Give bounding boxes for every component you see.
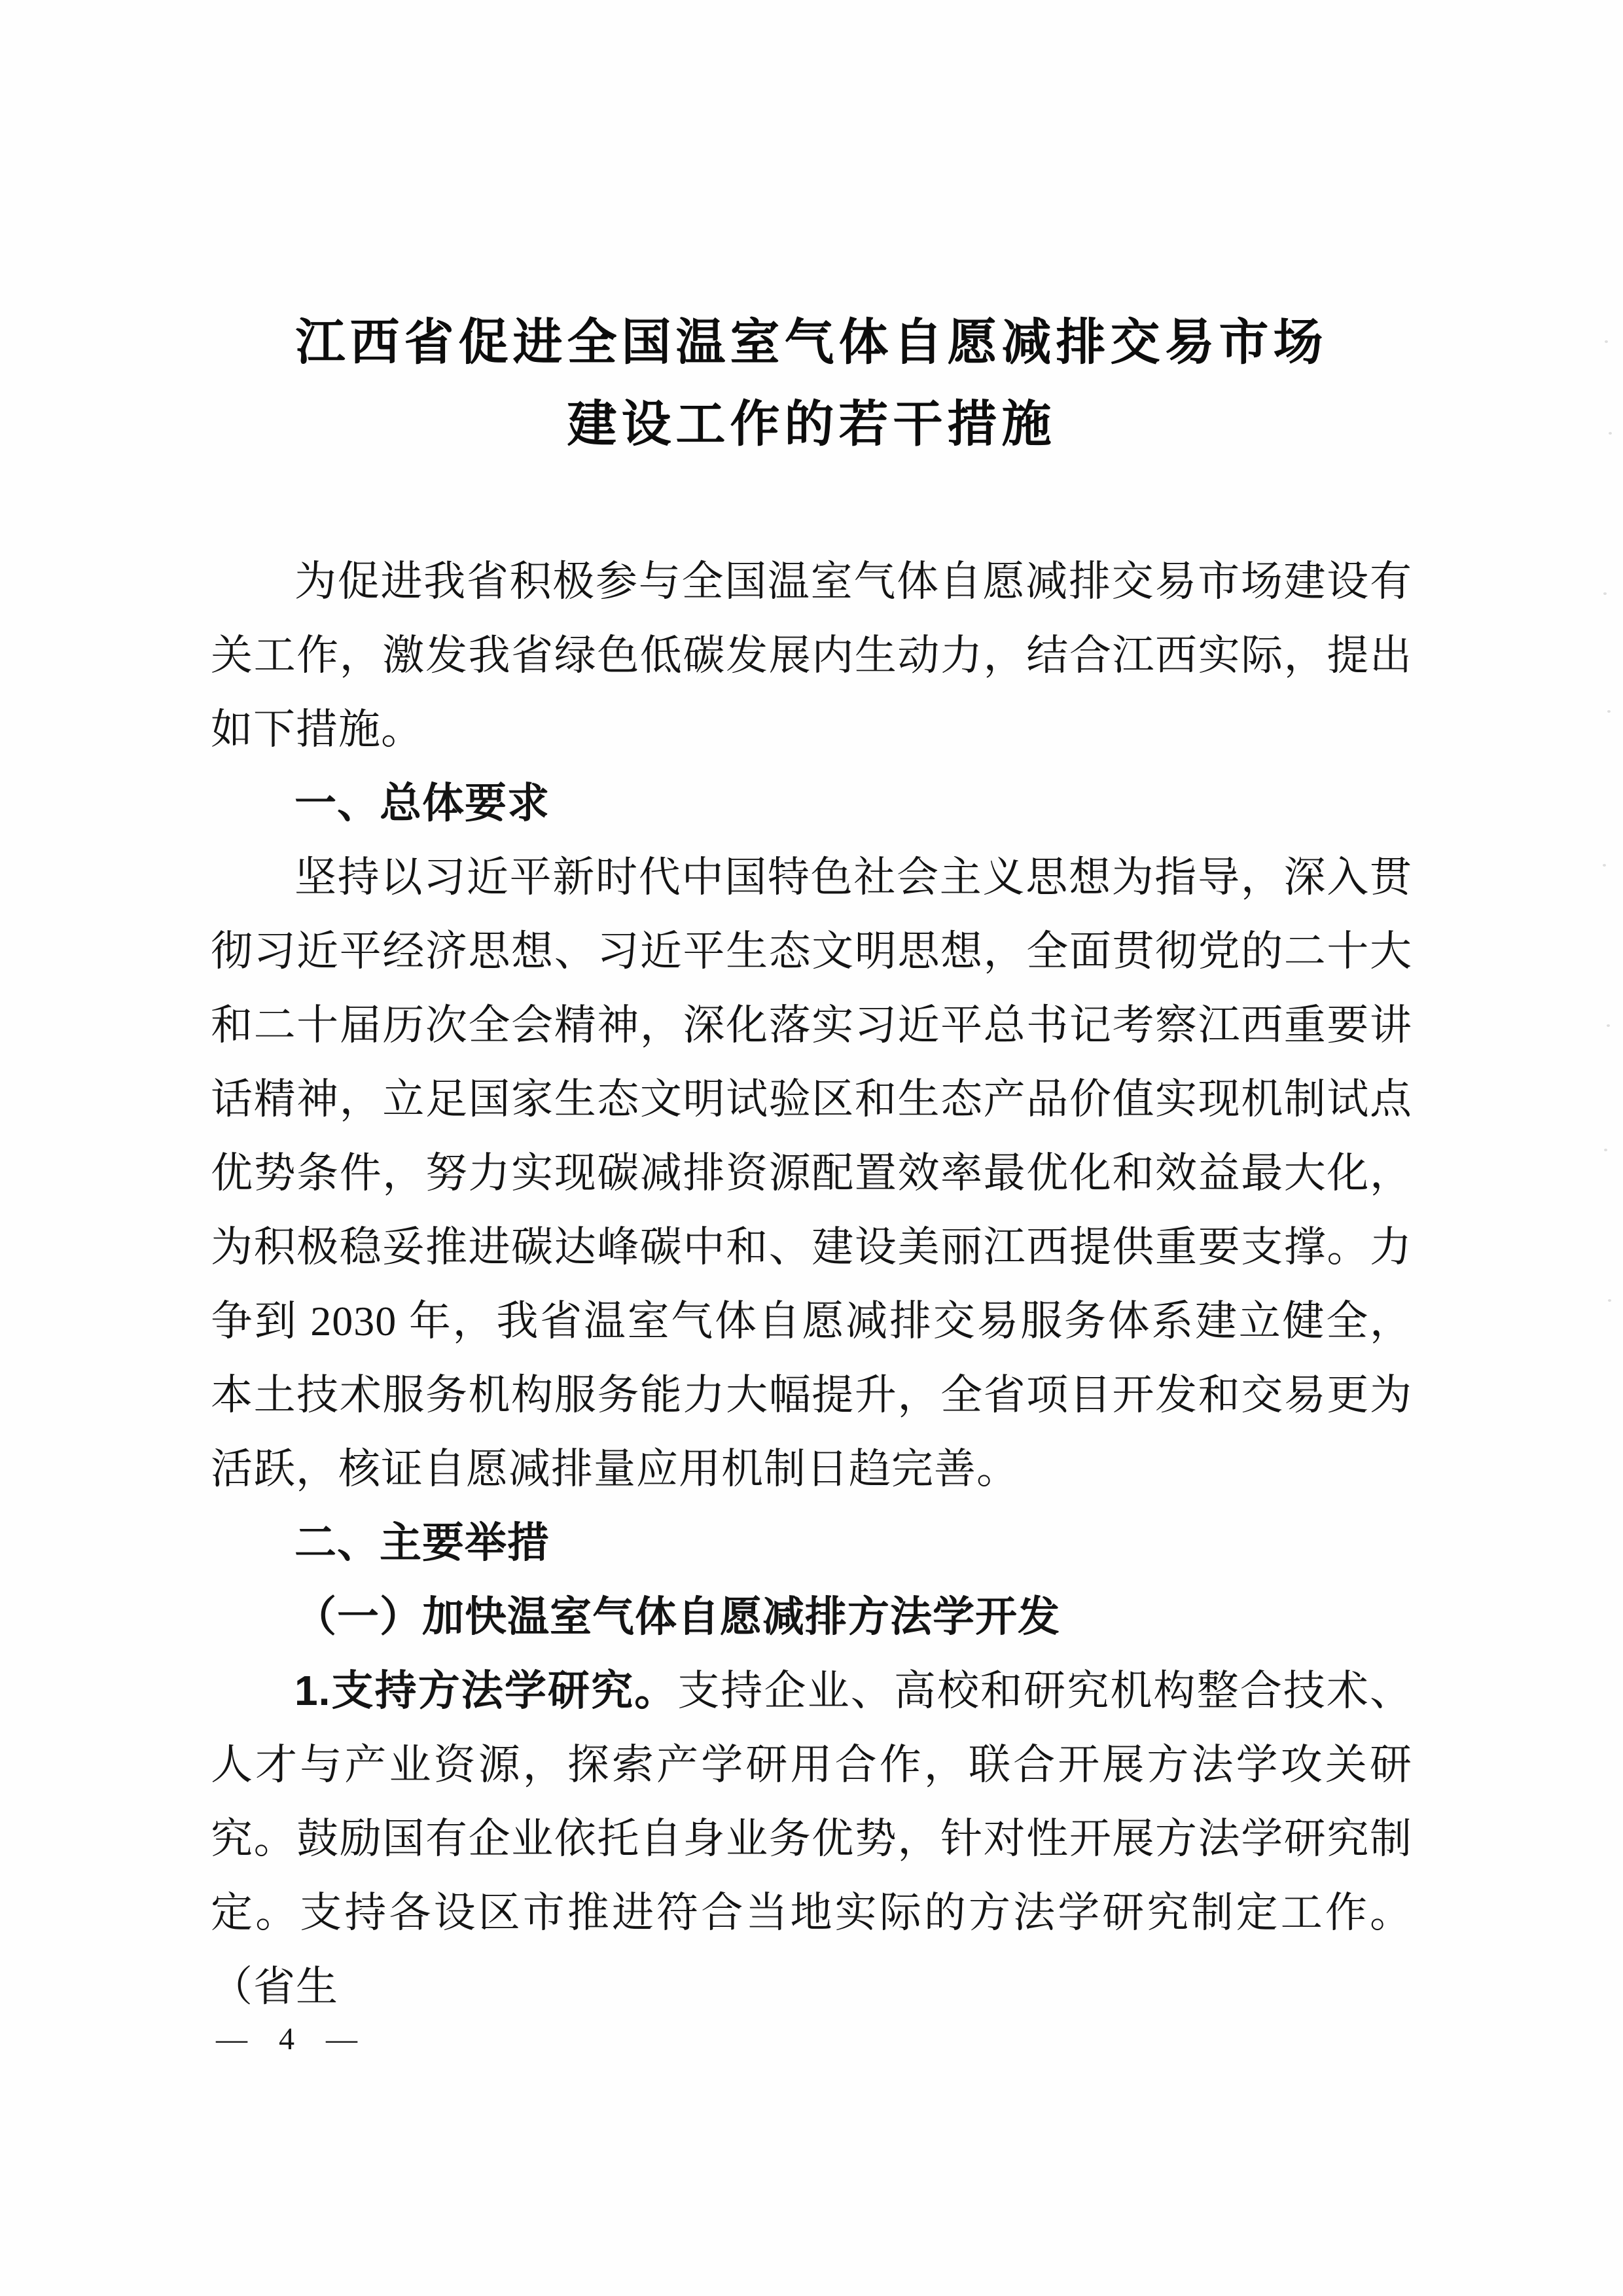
title-line-2: 建设工作的若干措施 xyxy=(211,384,1412,466)
measure-1-lead: 1.支持方法学研究。 xyxy=(294,1667,677,1714)
page-number: — 4 — xyxy=(216,2021,369,2057)
scan-speck xyxy=(1609,432,1612,435)
title-line-1: 江西省促进全国温室气体自愿减排交易市场 xyxy=(211,302,1412,384)
scan-speck xyxy=(1608,1299,1611,1302)
scan-speck xyxy=(1603,592,1607,595)
scan-speck xyxy=(1603,864,1606,867)
scan-speck xyxy=(1607,1024,1610,1027)
document-page: 江西省促进全国温室气体自愿减排交易市场 建设工作的若干措施 为促进我省积极参与全… xyxy=(0,0,1623,2296)
scan-speck xyxy=(1607,710,1611,713)
document-content: 江西省促进全国温室气体自愿减排交易市场 建设工作的若干措施 为促进我省积极参与全… xyxy=(211,302,1412,2024)
scan-speck xyxy=(1605,340,1608,343)
section-heading-main-measures: 二、主要举措 xyxy=(211,1506,1412,1580)
document-title: 江西省促进全国温室气体自愿减排交易市场 建设工作的若干措施 xyxy=(211,302,1412,466)
section-heading-overall-requirements: 一、总体要求 xyxy=(211,766,1412,840)
paragraph-measure-1: 1.支持方法学研究。支持企业、高校和研究机构整合技术、人才与产业资源，探索产学研… xyxy=(211,1654,1412,2024)
paragraph-intro: 为促进我省积极参与全国温室气体自愿减排交易市场建设有关工作，激发我省绿色低碳发展… xyxy=(211,545,1412,766)
scan-speck xyxy=(1604,1149,1607,1151)
measure-1-text: 支持企业、高校和研究机构整合技术、人才与产业资源，探索产学研用合作，联合开展方法… xyxy=(211,1668,1412,2010)
document-body: 为促进我省积极参与全国温室气体自愿减排交易市场建设有关工作，激发我省绿色低碳发展… xyxy=(211,545,1412,2024)
subsection-heading-methodology-development: （一）加快温室气体自愿减排方法学开发 xyxy=(211,1580,1412,1654)
paragraph-overall-requirements: 坚持以习近平新时代中国特色社会主义思想为指导，深入贯彻习近平经济思想、习近平生态… xyxy=(211,840,1412,1506)
